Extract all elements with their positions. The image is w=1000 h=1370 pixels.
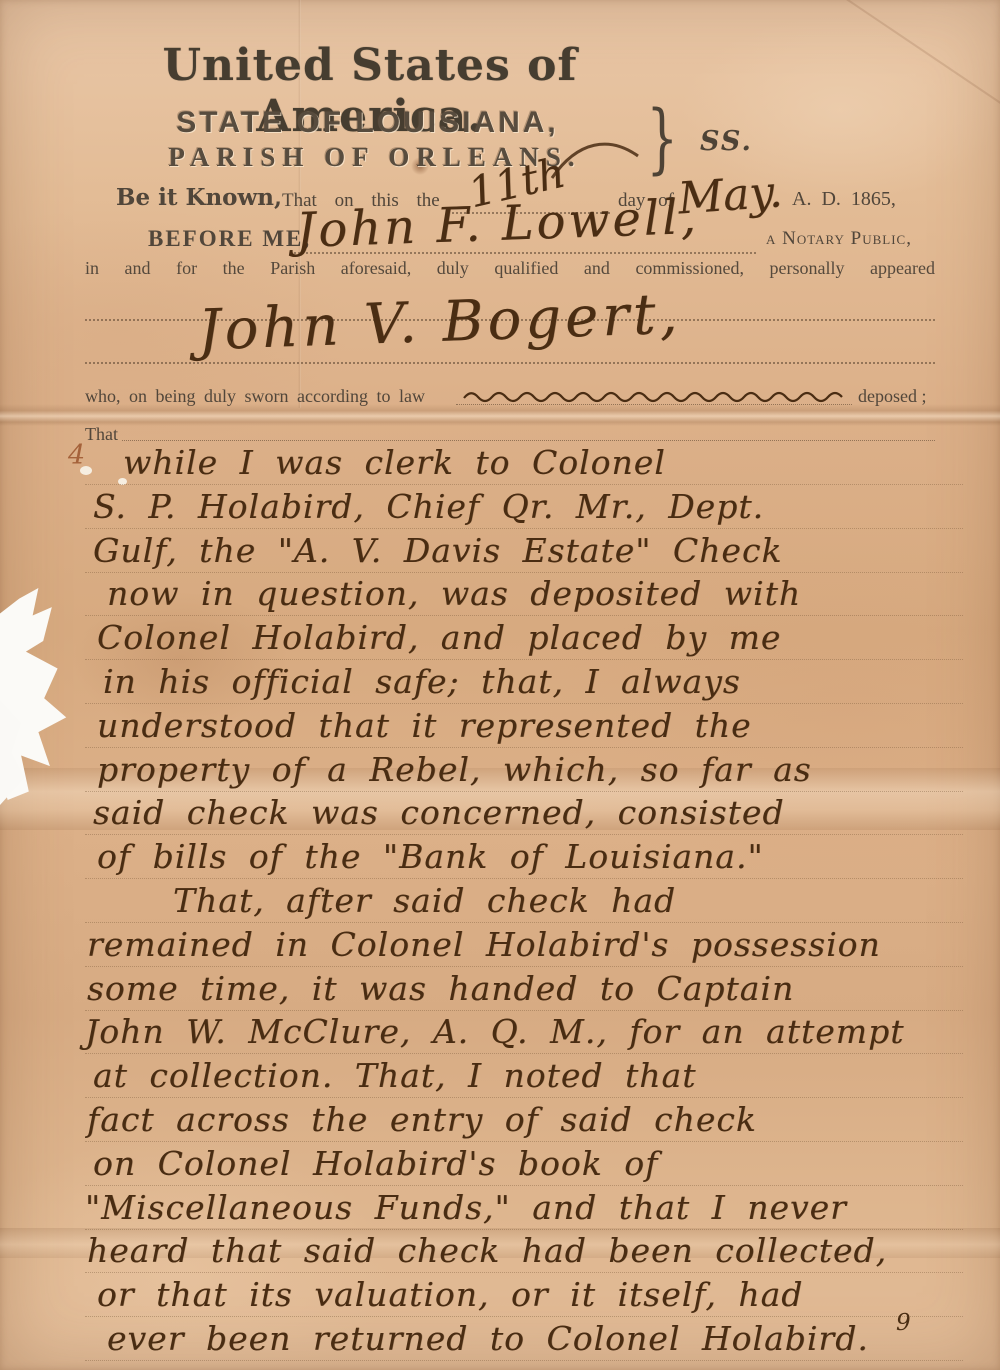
handwritten-line: Gulf, the "A. V. Davis Estate" Check <box>85 528 963 573</box>
fold-crease <box>0 404 1000 426</box>
handwritten-line: some time, it was handed to Captain <box>85 966 963 1011</box>
handwritten-line: remained in Colonel Holabird's possessio… <box>85 922 963 967</box>
parish-clause: in and for the Parish aforesaid, duly qu… <box>85 258 935 279</box>
document-page: United States of America. STATE OF LOUIS… <box>0 0 1000 1370</box>
handwritten-line: of bills of the "Bank of Louisiana." <box>85 834 963 879</box>
notary-public-label: a Notary Public, <box>766 228 912 250</box>
law-rule <box>456 404 852 405</box>
handwritten-line: That, after said check had <box>85 878 963 923</box>
handwritten-line: while I was clerk to Colonel <box>85 440 963 485</box>
handwritten-line: S. P. Holabird, Chief Qr. Mr., Dept. <box>85 484 963 529</box>
ad-year-label: A. D. 1865, <box>792 188 896 211</box>
handwritten-deponent-name: John V. Bogert, <box>197 282 682 364</box>
handwritten-line: at collection. That, I noted that <box>85 1053 963 1098</box>
handwritten-line: heard that said check had been collected… <box>85 1228 963 1273</box>
handwritten-line: ever been returned to Colonel Holabird. <box>85 1316 963 1361</box>
brace-glyph: } <box>646 100 677 176</box>
handwritten-line: in his official safe; that, I always <box>85 659 963 704</box>
handwritten-line: Colonel Holabird, and placed by me <box>85 615 963 660</box>
handwritten-line: or that its valuation, or it itself, had <box>85 1272 963 1317</box>
handwritten-line: on Colonel Holabird's book of <box>85 1141 963 1186</box>
handwritten-line: said check was concerned, consisted <box>85 790 963 835</box>
handwritten-line: "Miscellaneous Funds," and that I never <box>85 1185 963 1230</box>
closing-figure: 9 <box>896 1310 911 1336</box>
sworn-clause: who, on being duly sworn according to la… <box>85 386 425 407</box>
handwritten-line: now in question, was deposited with <box>85 571 963 616</box>
handwritten-line: John W. McClure, A. Q. M., for an attemp… <box>85 1009 963 1054</box>
handwritten-line: property of a Rebel, which, so far as <box>85 747 963 792</box>
blank-rule <box>85 362 935 364</box>
corner-crease <box>819 0 1000 149</box>
handwritten-line: understood that it represented the <box>85 703 963 748</box>
be-it-known-label: Be it Known, <box>116 184 282 211</box>
pen-squiggle <box>462 388 854 404</box>
deposed-label: deposed ; <box>858 386 926 407</box>
margin-figure: 4 <box>68 440 85 471</box>
handwritten-line: fact across the entry of said check <box>85 1097 963 1142</box>
before-me-label: BEFORE ME, <box>148 226 311 252</box>
ss-abbreviation: SS. <box>700 126 753 157</box>
